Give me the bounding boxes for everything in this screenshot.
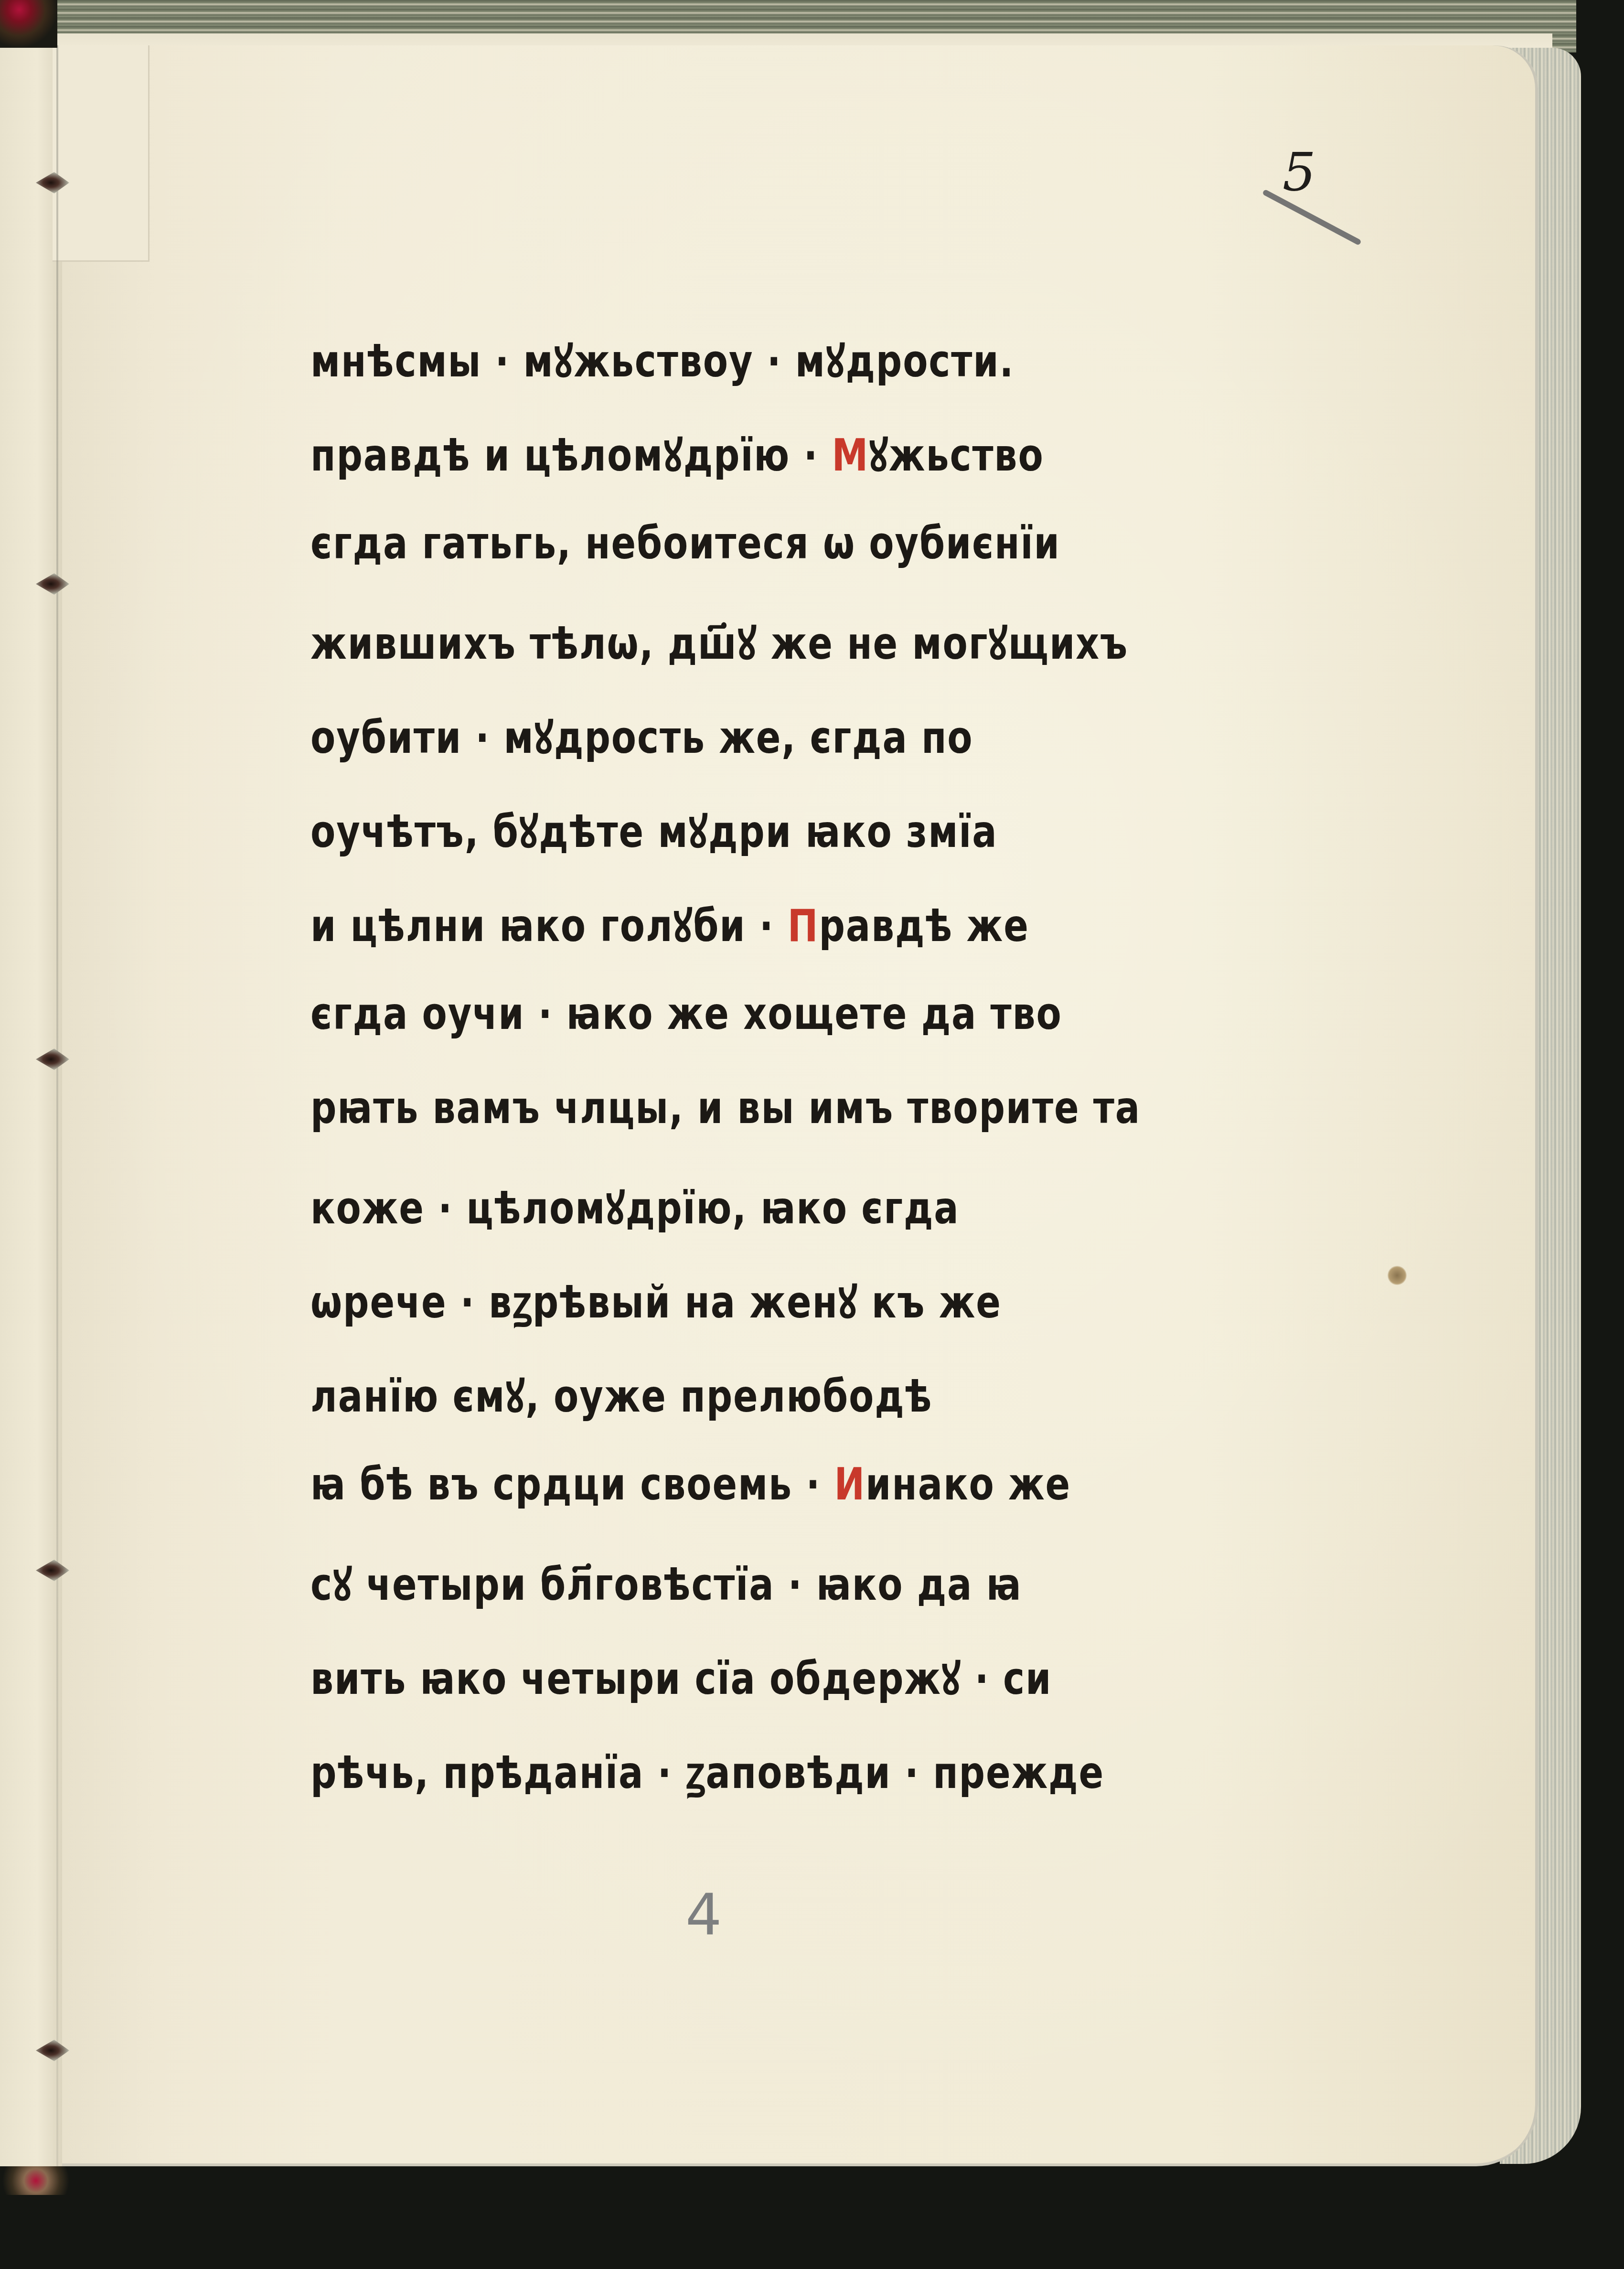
folio-number: 5 bbox=[1282, 146, 1340, 203]
text-line: оубити · мꙋдрость же, єгда по bbox=[310, 706, 1145, 800]
text-line: мнѣсмы · мꙋжьствоу · мꙋдрости. bbox=[310, 330, 1145, 424]
paper-repair-patch bbox=[53, 45, 150, 262]
text-block: мнѣсмы · мꙋжьствоу · мꙋдрости. правдѣ и … bbox=[310, 330, 1218, 1835]
gutter-fold-line bbox=[56, 45, 58, 2166]
rubric-initial: М bbox=[832, 430, 869, 481]
text-line: єгда гатьгь, небоитеся ѡ оубиєнїи bbox=[310, 518, 1145, 612]
text-line: вить ꙗко четыри сїа обдержꙋ · си bbox=[310, 1647, 1145, 1741]
text-line: єгда оучи · ꙗко же хощете да тво bbox=[310, 988, 1145, 1082]
text-line: рѣчь, прѣданїа · ꙁаповѣди · прежде bbox=[310, 1741, 1145, 1835]
text-line: коже · цѣломꙋдрїю, ꙗко єгда bbox=[310, 1177, 1145, 1271]
text-line: сꙋ четыри бл҃говѣстїа · ꙗко да ꙗ bbox=[310, 1553, 1145, 1647]
binding-thread-icon bbox=[0, 0, 57, 48]
text-line: ѡрече · вꙁрѣвый на женꙋ къ же bbox=[310, 1271, 1145, 1365]
rubric-initial: И bbox=[834, 1459, 865, 1510]
rubric-initial: П bbox=[788, 900, 819, 952]
stain bbox=[1388, 1266, 1407, 1285]
text-line: оучѣтъ, бꙋдѣте мꙋдри ꙗко змїа bbox=[310, 800, 1145, 894]
text-line: ꙗ бѣ въ срдци своемь · И инако же bbox=[310, 1459, 1145, 1553]
text-line: жившихъ тѣлѡ, дш҃ꙋ же не могꙋщихъ bbox=[310, 612, 1145, 706]
text-line: ланїю ємꙋ, оуже прелюбодѣ bbox=[310, 1365, 1145, 1459]
text-line: и цѣлни ꙗко голꙋби · Правдѣ же bbox=[310, 894, 1145, 988]
pencil-page-number: 4 bbox=[685, 1887, 722, 1944]
text-line: рꙗть вамъ члцы, и вы имъ творите та bbox=[310, 1082, 1145, 1177]
gutter bbox=[0, 45, 62, 2166]
binding-thread-icon bbox=[0, 2166, 72, 2195]
text-line: правдѣ и цѣломꙋдрїю · Мꙋжьство bbox=[310, 424, 1145, 518]
